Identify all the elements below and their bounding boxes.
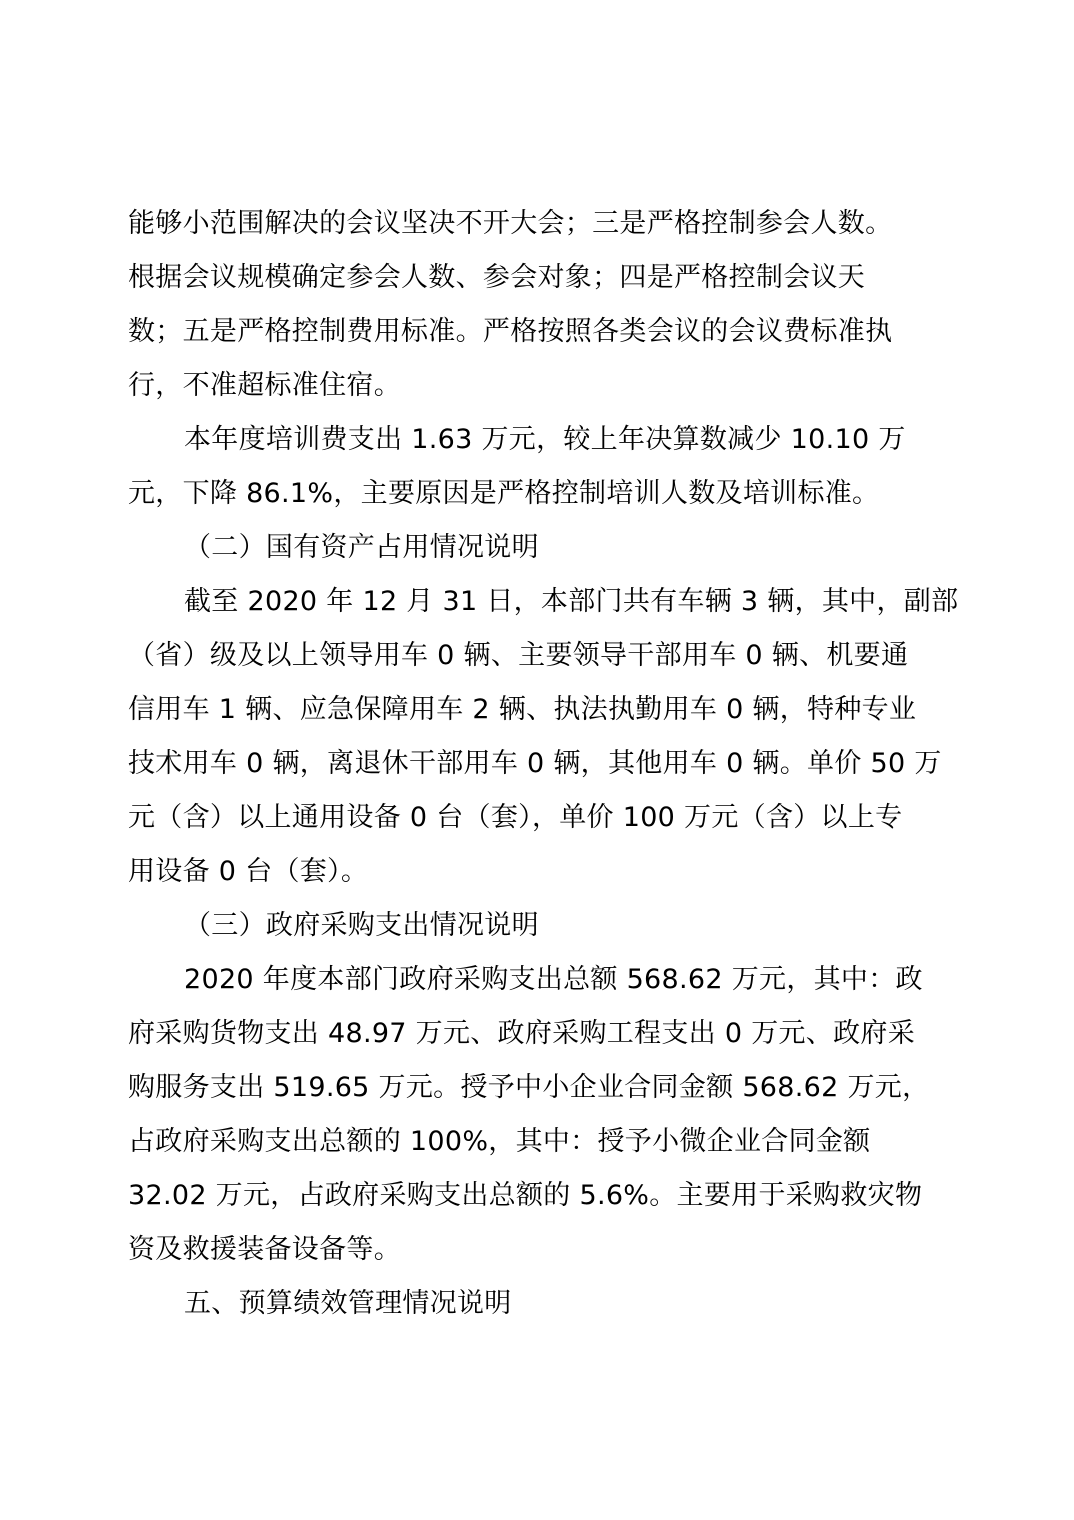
document-page: 能够小范围解决的会议坚决不开大会；三是严格控制参会人数。 根据会议规模确定参会人… bbox=[0, 0, 1074, 1520]
paragraph-line: 信用车 1 辆、应急保障用车 2 辆、执法执勤用车 0 辆，特种专业 bbox=[128, 692, 916, 728]
paragraph-line: 截至 2020 年 12 月 31 日，本部门共有车辆 3 辆，其中，副部 bbox=[184, 584, 958, 620]
paragraph-line: 2020 年度本部门政府采购支出总额 568.62 万元，其中：政 bbox=[184, 962, 923, 998]
paragraph-line: 根据会议规模确定参会人数、参会对象；四是严格控制会议天 bbox=[128, 260, 865, 296]
paragraph-line: 本年度培训费支出 1.63 万元，较上年决算数减少 10.10 万 bbox=[184, 422, 906, 458]
paragraph-line: 能够小范围解决的会议坚决不开大会；三是严格控制参会人数。 bbox=[128, 206, 892, 242]
paragraph-line: 技术用车 0 辆，离退休干部用车 0 辆，其他用车 0 辆。单价 50 万 bbox=[128, 746, 942, 782]
section-heading: 五、预算绩效管理情况说明 bbox=[184, 1286, 512, 1322]
paragraph-line: 32.02 万元，占政府采购支出总额的 5.6%。主要用于采购救灾物 bbox=[128, 1178, 922, 1214]
paragraph-line: 数；五是严格控制费用标准。严格按照各类会议的会议费标准执 bbox=[128, 314, 892, 350]
paragraph-line: 资及救援装备设备等。 bbox=[128, 1232, 401, 1268]
paragraph-line: 用设备 0 台（套）。 bbox=[128, 854, 368, 890]
paragraph-line: 占政府采购支出总额的 100%，其中：授予小微企业合同金额 bbox=[128, 1124, 870, 1160]
paragraph-line: 府采购货物支出 48.97 万元、政府采购工程支出 0 万元、政府采 bbox=[128, 1016, 915, 1052]
paragraph-line: 元，下降 86.1%，主要原因是严格控制培训人数及培训标准。 bbox=[128, 476, 879, 512]
paragraph-line: 行，不准超标准住宿。 bbox=[128, 368, 401, 404]
section-heading: （二）国有资产占用情况说明 bbox=[184, 530, 539, 566]
paragraph-line: （省）级及以上领导用车 0 辆、主要领导干部用车 0 辆、机要通 bbox=[128, 638, 908, 674]
paragraph-line: 购服务支出 519.65 万元。授予中小企业合同金额 568.62 万元， bbox=[128, 1070, 929, 1106]
section-heading: （三）政府采购支出情况说明 bbox=[184, 908, 539, 944]
paragraph-line: 元（含）以上通用设备 0 台（套），单价 100 万元（含）以上专 bbox=[128, 800, 902, 836]
